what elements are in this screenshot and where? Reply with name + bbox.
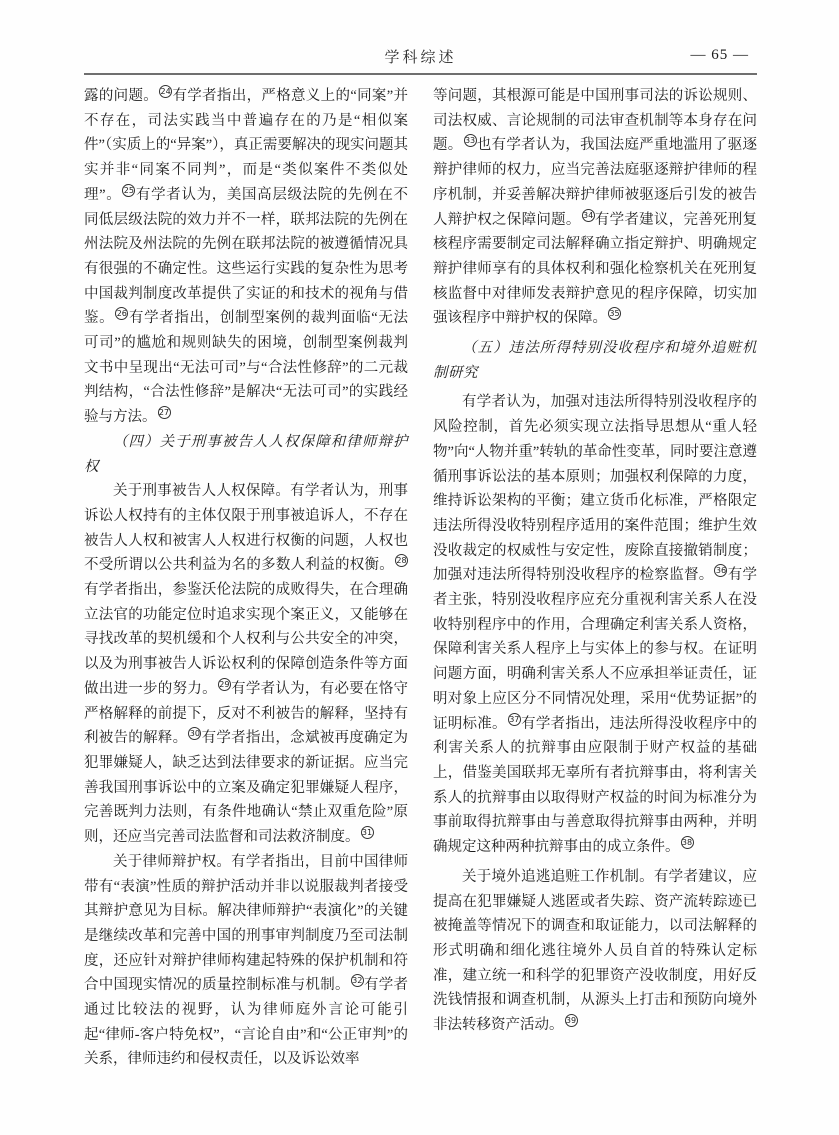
footnote-marker: 34: [582, 209, 595, 222]
body-paragraph: 关于刑事被告人人权保障。有学者认为，刑事诉讼人权持有的主体仅限于刑事被追诉人，不…: [84, 479, 408, 850]
column-right: 等问题，其根源可能是中国刑事司法的诉讼规则、司法权威、言论规制的司法审查机制等本…: [433, 84, 757, 1072]
footnote-marker: 26: [115, 307, 128, 320]
footnote-marker: 25: [122, 184, 135, 197]
footnote-marker: 30: [188, 727, 201, 740]
section-heading: （五）违法所得特别没收程序和境外追赃机制研究: [433, 336, 757, 385]
footnote-marker: 29: [218, 678, 231, 691]
page-number: — 65 —: [691, 47, 750, 64]
footnote-marker: 37: [508, 713, 521, 726]
footnote-marker: 39: [565, 1014, 578, 1027]
page-header: 学科综述 — 65 —: [84, 46, 757, 66]
footnote-marker: 24: [159, 85, 172, 98]
footnote-marker: 31: [361, 826, 374, 839]
journal-page: 学科综述 — 65 — 露的问题。24有学者指出，严格意义上的“同案”并不存在，…: [0, 0, 839, 1135]
section-heading: （四）关于刑事被告人人权保障和律师辩护权: [84, 430, 408, 479]
body-paragraph: 有学者认为，加强对违法所得特别没收程序的风险控制，首先必须实现立法指导思想从“重…: [433, 390, 757, 859]
footnote-marker: 32: [351, 974, 364, 987]
footnote-marker: 28: [395, 554, 408, 567]
header-divider: [84, 73, 757, 75]
footnote-marker: 38: [681, 836, 694, 849]
body-paragraph: 露的问题。24有学者指出，严格意义上的“同案”并不存在，司法实践当中普遍存在的乃…: [84, 84, 408, 430]
text-columns: 露的问题。24有学者指出，严格意义上的“同案”并不存在，司法实践当中普遍存在的乃…: [84, 84, 757, 1072]
footnote-marker: 27: [158, 406, 171, 419]
body-paragraph: 等问题，其根源可能是中国刑事司法的诉讼规则、司法权威、言论规制的司法审查机制等本…: [433, 84, 757, 331]
footnote-marker: 35: [608, 307, 621, 320]
body-paragraph: 关于境外追逃追赃工作机制。有学者建议，应提高在犯罪嫌疑人逃匿或者失踪、资产流转踪…: [433, 865, 757, 1038]
running-head-section-title: 学科综述: [84, 46, 757, 67]
footnote-marker: 36: [714, 564, 727, 577]
body-paragraph: 关于律师辩护权。有学者指出，目前中国律师带有“表演”性质的辩护活动并非以说服裁判…: [84, 850, 408, 1072]
column-left: 露的问题。24有学者指出，严格意义上的“同案”并不存在，司法实践当中普遍存在的乃…: [84, 84, 408, 1072]
footnote-marker: 33: [464, 134, 477, 147]
